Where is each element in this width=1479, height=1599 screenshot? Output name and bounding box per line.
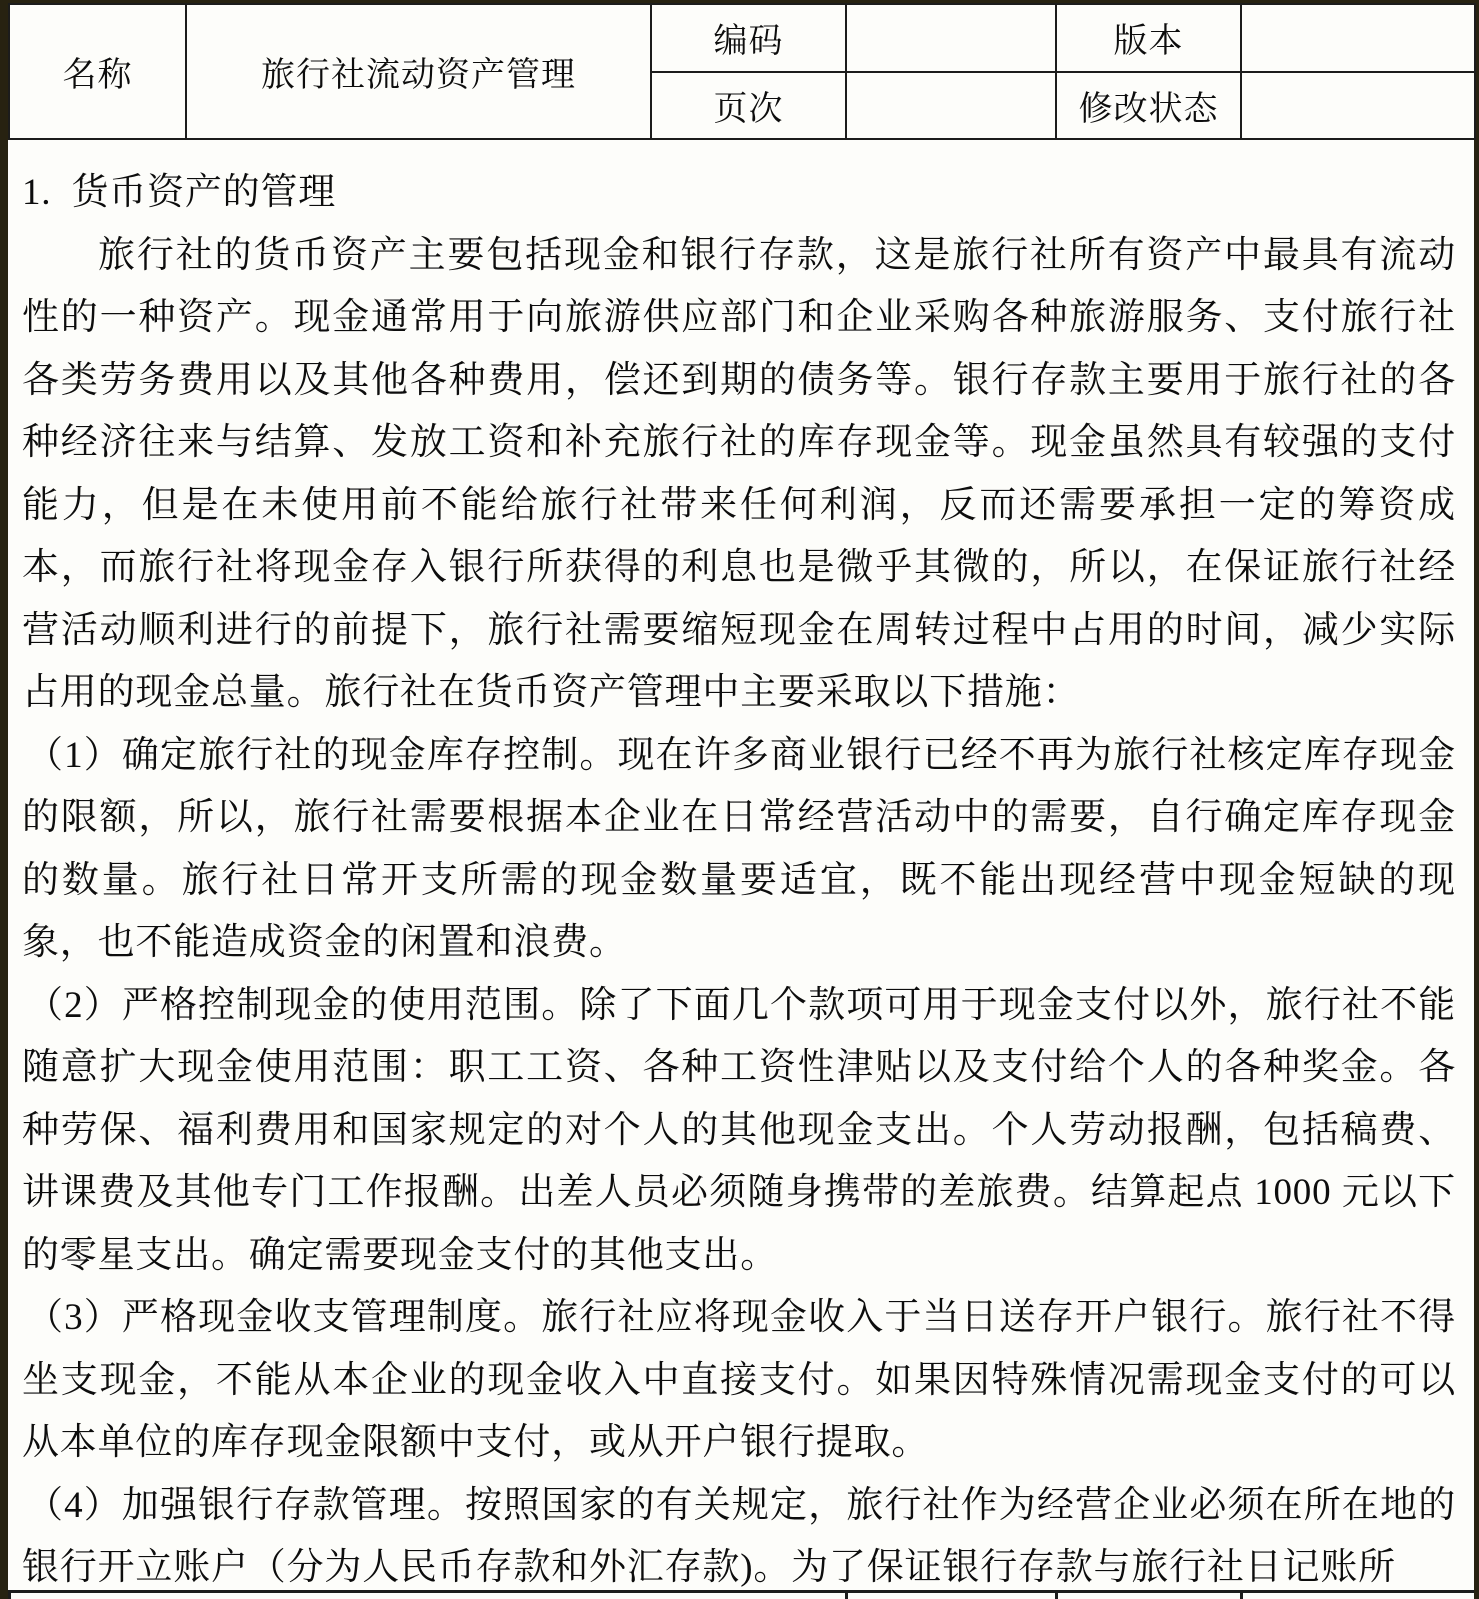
- paragraph-intro: 旅行社的货币资产主要包括现金和银行存款，这是旅行社所有资产中最具有流动性的一种资…: [22, 225, 1456, 725]
- page-value: [846, 72, 1056, 140]
- document-title: 旅行社流动资产管理: [186, 4, 651, 139]
- table-bottom-rule: [8, 1590, 1474, 1593]
- document-body: 1. 货币资产的管理 旅行社的货币资产主要包括现金和银行存款，这是旅行社所有资产…: [8, 140, 1474, 1599]
- name-label: 名称: [9, 4, 186, 139]
- code-label: 编码: [651, 4, 846, 72]
- version-value: [1241, 4, 1475, 72]
- column-divider-tick: [1240, 1593, 1243, 1599]
- paragraph-item-3: （3）严格现金收支管理制度。旅行社应将现金收入于当日送存开户银行。旅行社不得坐支…: [22, 1287, 1456, 1475]
- code-value: [846, 4, 1056, 72]
- column-divider-tick: [845, 1593, 848, 1599]
- version-label: 版本: [1056, 4, 1241, 72]
- page-label: 页次: [651, 72, 846, 140]
- revision-status-label: 修改状态: [1056, 72, 1241, 140]
- paragraph-item-2: （2）严格控制现金的使用范围。除了下面几个款项可用于现金支付以外，旅行社不能随意…: [22, 975, 1456, 1288]
- column-divider-tick: [8, 1593, 11, 1599]
- page-paper: 名称 旅行社流动资产管理 编码 版本 页次 修改状态 1. 货币资产的管理 旅行…: [8, 3, 1474, 1599]
- header-row-1: 名称 旅行社流动资产管理 编码 版本: [9, 4, 1475, 72]
- header-table: 名称 旅行社流动资产管理 编码 版本 页次 修改状态: [8, 3, 1476, 140]
- paragraph-item-1: （1）确定旅行社的现金库存控制。现在许多商业银行已经不再为旅行社核定库存现金的限…: [22, 725, 1456, 975]
- section-heading: 1. 货币资产的管理: [22, 162, 1456, 225]
- column-divider-tick: [1055, 1593, 1058, 1599]
- document-page: { "header_table": { "name_label": "名称", …: [0, 0, 1479, 1599]
- revision-status-value: [1241, 72, 1475, 140]
- paragraph-item-4: （4）加强银行存款管理。按照国家的有关规定，旅行社作为经营企业必须在所在地的银行…: [22, 1475, 1456, 1599]
